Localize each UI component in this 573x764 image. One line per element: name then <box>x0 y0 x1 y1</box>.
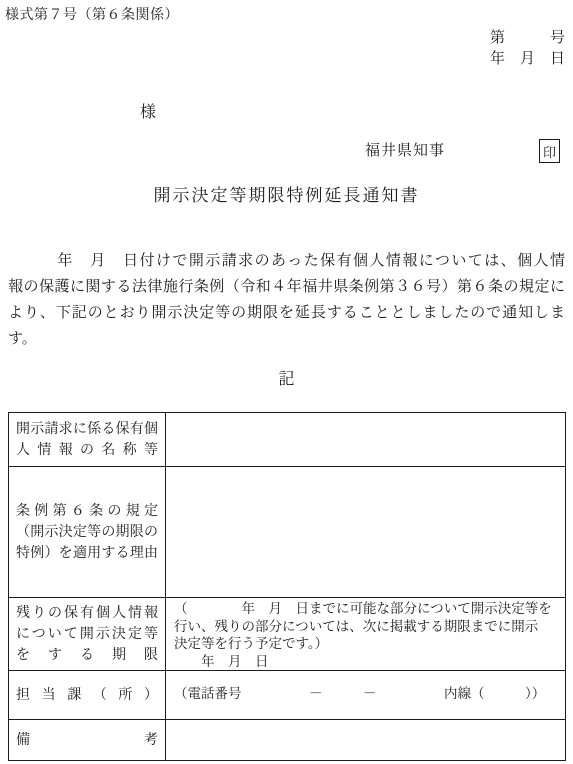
row-label-responsible-division: 担当課（所） <box>9 671 166 720</box>
seal-mark: 印 <box>539 139 560 163</box>
row-label-remarks: 備考 <box>9 720 166 761</box>
body-paragraph: 年 月 日付けで開示請求のあった保有個人情報については、個人情 報の保護に関する… <box>8 248 565 352</box>
field-remarks <box>166 720 566 761</box>
doc-number-line: 第 号 <box>490 28 565 49</box>
row-label-remaining-deadline: 残りの保有個人情報 について開示決定等 をする期限 <box>9 598 166 671</box>
date-line: 年 月 日 <box>490 49 565 70</box>
form-table: 開示請求に係る保有個 人情報の名称等 条例第６条の規定 （開示決定等の期限の 特… <box>8 412 566 761</box>
addressee-suffix: 様 <box>140 99 156 122</box>
table-row: 開示請求に係る保有個 人情報の名称等 <box>9 413 566 467</box>
table-row: 残りの保有個人情報 について開示決定等 をする期限 （ 年 月 日までに可能な部… <box>9 598 566 671</box>
doc-number-date-block: 第 号 年 月 日 <box>490 28 565 70</box>
field-responsible-division: （電話番号 － － 内線（ ）） <box>166 671 566 720</box>
body-line: より、下記のとおり開示決定等の期限を延長することとしましたので通知しま <box>8 300 565 326</box>
field-remaining-deadline: （ 年 月 日までに可能な部分について開示決定等を 行い、残りの部分については、… <box>166 598 566 671</box>
body-line: 報の保護に関する法律施行条例（令和４年福井県条例第３６号）第６条の規定に <box>8 274 565 300</box>
body-line: 年 月 日付けで開示請求のあった保有個人情報については、個人情 <box>8 248 565 274</box>
body-line: す。 <box>8 326 565 352</box>
field-reason-article6 <box>166 467 566 598</box>
form-number: 様式第７号（第６条関係） <box>5 4 179 24</box>
sender-name: 福井県知事 <box>365 139 445 160</box>
table-row: 備考 <box>9 720 566 761</box>
table-row: 担当課（所） （電話番号 － － 内線（ ）） <box>9 671 566 720</box>
document-title: 開示決定等期限特例延長通知書 <box>0 181 573 206</box>
row-label-reason-article6: 条例第６条の規定 （開示決定等の期限の 特例）を適用する理由 <box>9 467 166 598</box>
field-held-info-name <box>166 413 566 467</box>
document-page: 様式第７号（第６条関係） 第 号 年 月 日 様 福井県知事 印 開示決定等期限… <box>0 0 573 764</box>
row-label-held-info-name: 開示請求に係る保有個 人情報の名称等 <box>9 413 166 467</box>
table-row: 条例第６条の規定 （開示決定等の期限の 特例）を適用する理由 <box>9 467 566 598</box>
ki-heading: 記 <box>0 366 573 389</box>
phone-number-line: （電話番号 － － 内線（ ）） <box>166 682 565 708</box>
